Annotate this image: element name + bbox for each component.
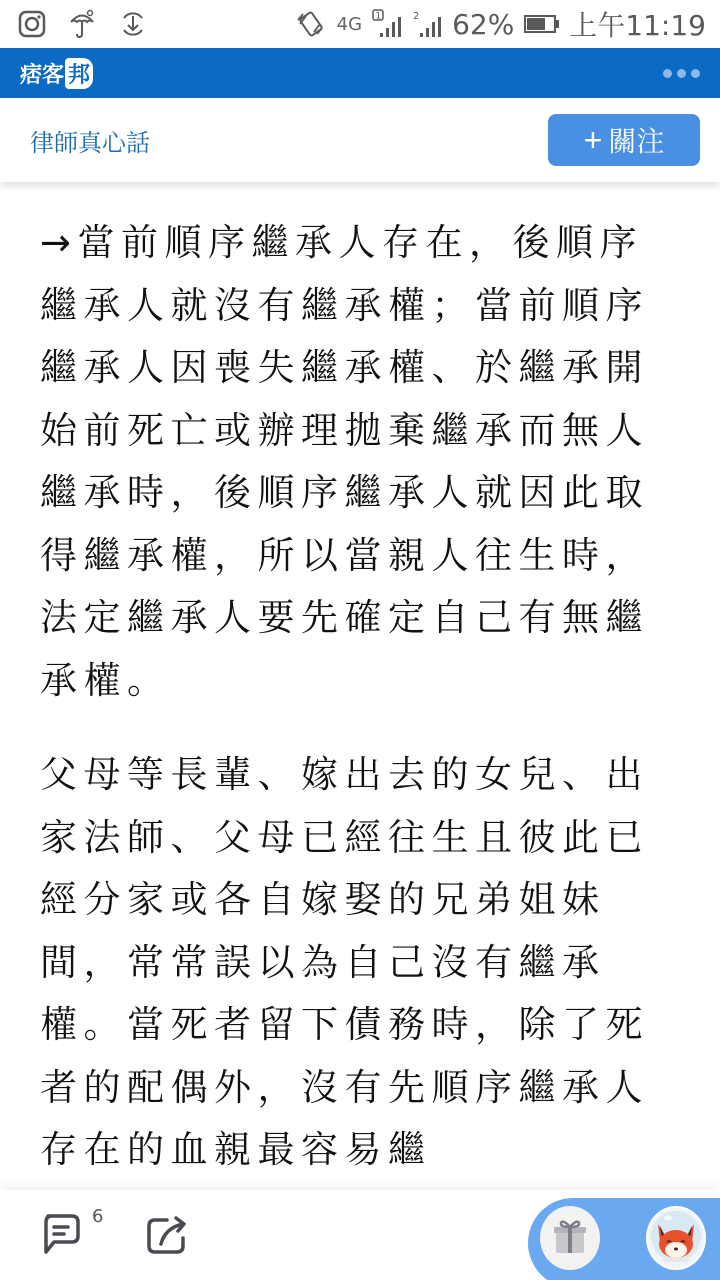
column-header: 律師真心話 + 關注 xyxy=(0,98,720,182)
follow-button[interactable]: + 關注 xyxy=(548,114,700,166)
fox-mascot-icon xyxy=(650,1208,702,1268)
pixnet-logo[interactable]: 痞客邦 xyxy=(20,58,93,89)
more-menu-button[interactable] xyxy=(663,69,700,78)
share-button[interactable] xyxy=(145,1214,191,1260)
network-type: 4G xyxy=(337,14,362,35)
article-paragraph: →當前順序繼承人存在，後順序繼承人就沒有繼承權；當前順序繼承人因喪失繼承權、於繼… xyxy=(40,212,680,712)
vibrate-icon xyxy=(295,8,327,40)
battery-icon xyxy=(524,15,559,33)
app-bar: 痞客邦 xyxy=(0,48,720,98)
article-paragraph: 父母等長輩、嫁出去的女兒、出家法師、父母已經往生且彼此已經分家或各自嫁娶的兄弟姐… xyxy=(40,744,680,1182)
download-sync-icon xyxy=(118,9,148,39)
floating-action-pill xyxy=(528,1198,720,1280)
column-title-link[interactable]: 律師真心話 xyxy=(30,123,150,158)
sim1-signal-icon: 1 xyxy=(372,9,402,39)
battery-percent: 62% xyxy=(452,8,514,41)
status-right-icons: 4G 1 2 62% 上午11:19 xyxy=(295,4,706,44)
logo-text: 痞客 xyxy=(20,58,64,89)
follow-label: 關注 xyxy=(608,120,664,160)
dot-icon xyxy=(691,69,700,78)
comment-icon xyxy=(38,1210,84,1260)
article-body: →當前順序繼承人存在，後順序繼承人就沒有繼承權；當前順序繼承人因喪失繼承權、於繼… xyxy=(0,182,720,1190)
umbrella-icon xyxy=(68,9,96,39)
status-left-icons xyxy=(18,9,148,39)
share-icon xyxy=(145,1241,191,1260)
comment-count: 6 xyxy=(92,1206,103,1227)
gift-button[interactable] xyxy=(540,1206,600,1270)
gift-icon xyxy=(553,1217,587,1259)
mascot-button[interactable] xyxy=(646,1206,706,1270)
sim2-signal-icon: 2 xyxy=(412,9,442,39)
logo-bubble-text: 邦 xyxy=(65,58,93,89)
instagram-icon xyxy=(18,10,46,38)
dot-icon xyxy=(677,69,686,78)
clock-time: 上午11:19 xyxy=(569,4,706,44)
status-bar: 4G 1 2 62% 上午11:19 xyxy=(0,0,720,48)
comment-button[interactable]: 6 xyxy=(38,1210,103,1260)
plus-icon: + xyxy=(584,124,603,156)
svg-text:2: 2 xyxy=(413,11,419,22)
svg-text:1: 1 xyxy=(376,12,382,22)
bottom-action-bar: 6 xyxy=(0,1190,720,1280)
dot-icon xyxy=(663,69,672,78)
